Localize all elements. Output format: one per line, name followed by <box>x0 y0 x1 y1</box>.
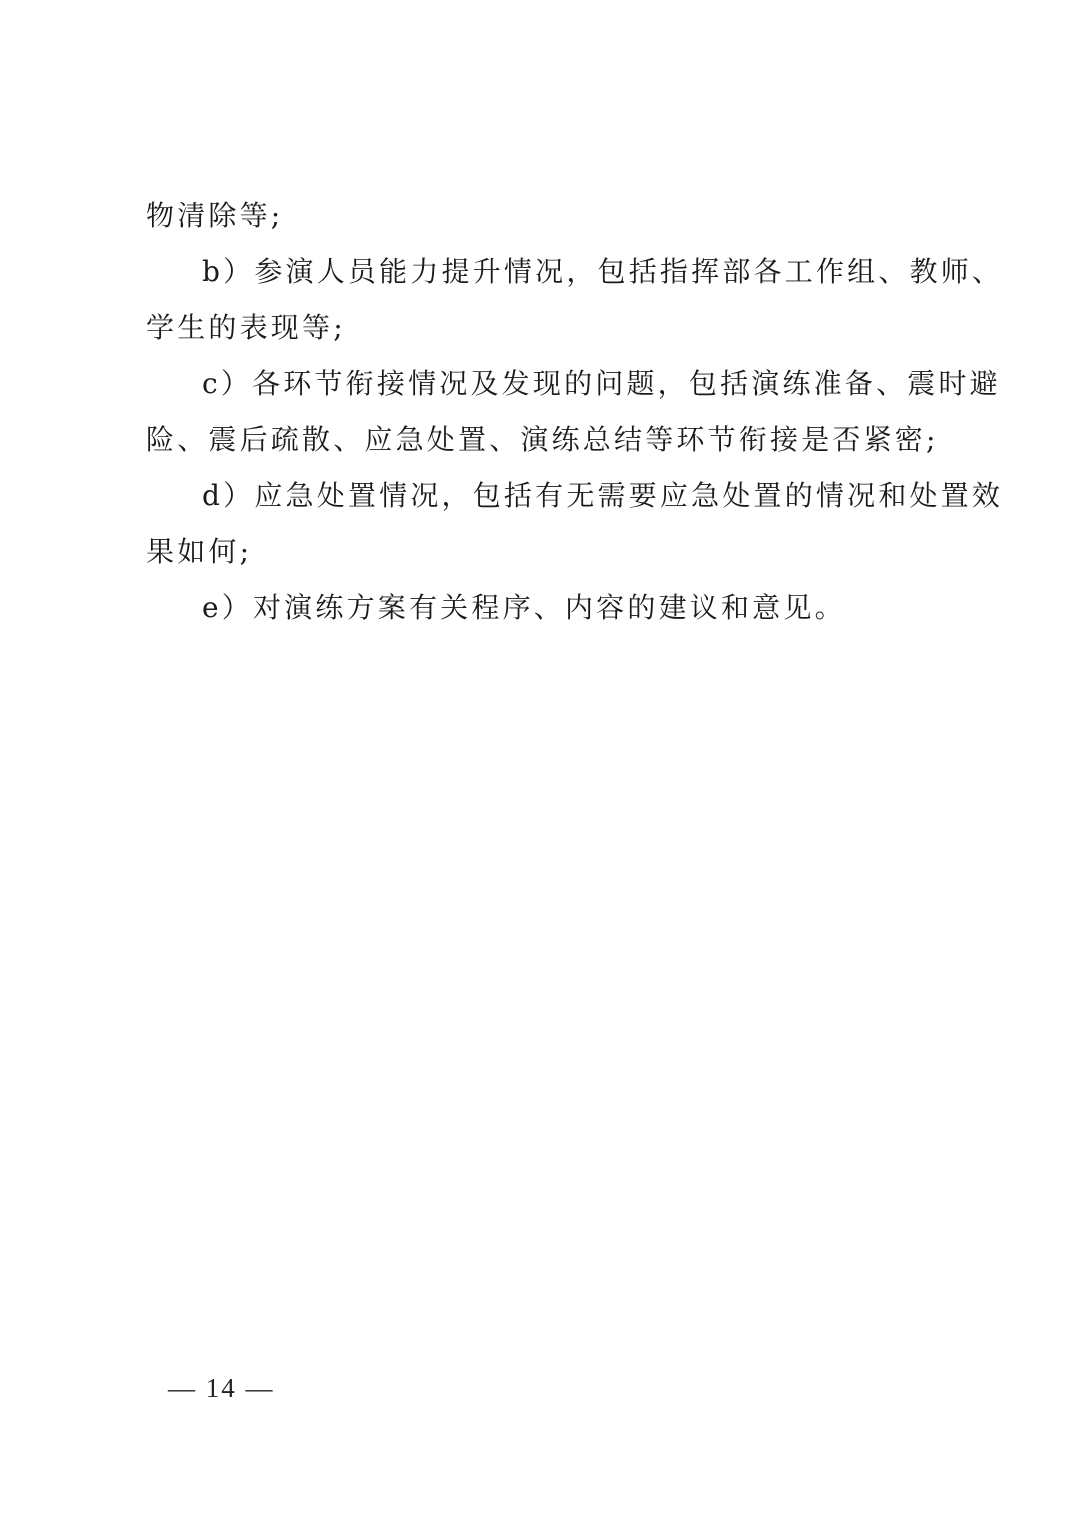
text-line: 学生的表现等; <box>146 300 948 356</box>
list-item-c: c）各环节衔接情况及发现的问题，包括演练准备、震时避 <box>146 356 948 412</box>
document-body: 物清除等; b）参演人员能力提升情况，包括指挥部各工作组、教师、 学生的表现等;… <box>146 188 948 636</box>
page-number: — 14 — <box>168 1373 275 1404</box>
text-line: 果如何; <box>146 524 948 580</box>
text-line: 险、震后疏散、应急处置、演练总结等环节衔接是否紧密; <box>146 412 948 468</box>
list-item-d: d）应急处置情况，包括有无需要应急处置的情况和处置效 <box>146 468 948 524</box>
text-line: 物清除等; <box>146 188 948 244</box>
list-item-b: b）参演人员能力提升情况，包括指挥部各工作组、教师、 <box>146 244 948 300</box>
list-item-e: e）对演练方案有关程序、内容的建议和意见。 <box>146 580 948 636</box>
